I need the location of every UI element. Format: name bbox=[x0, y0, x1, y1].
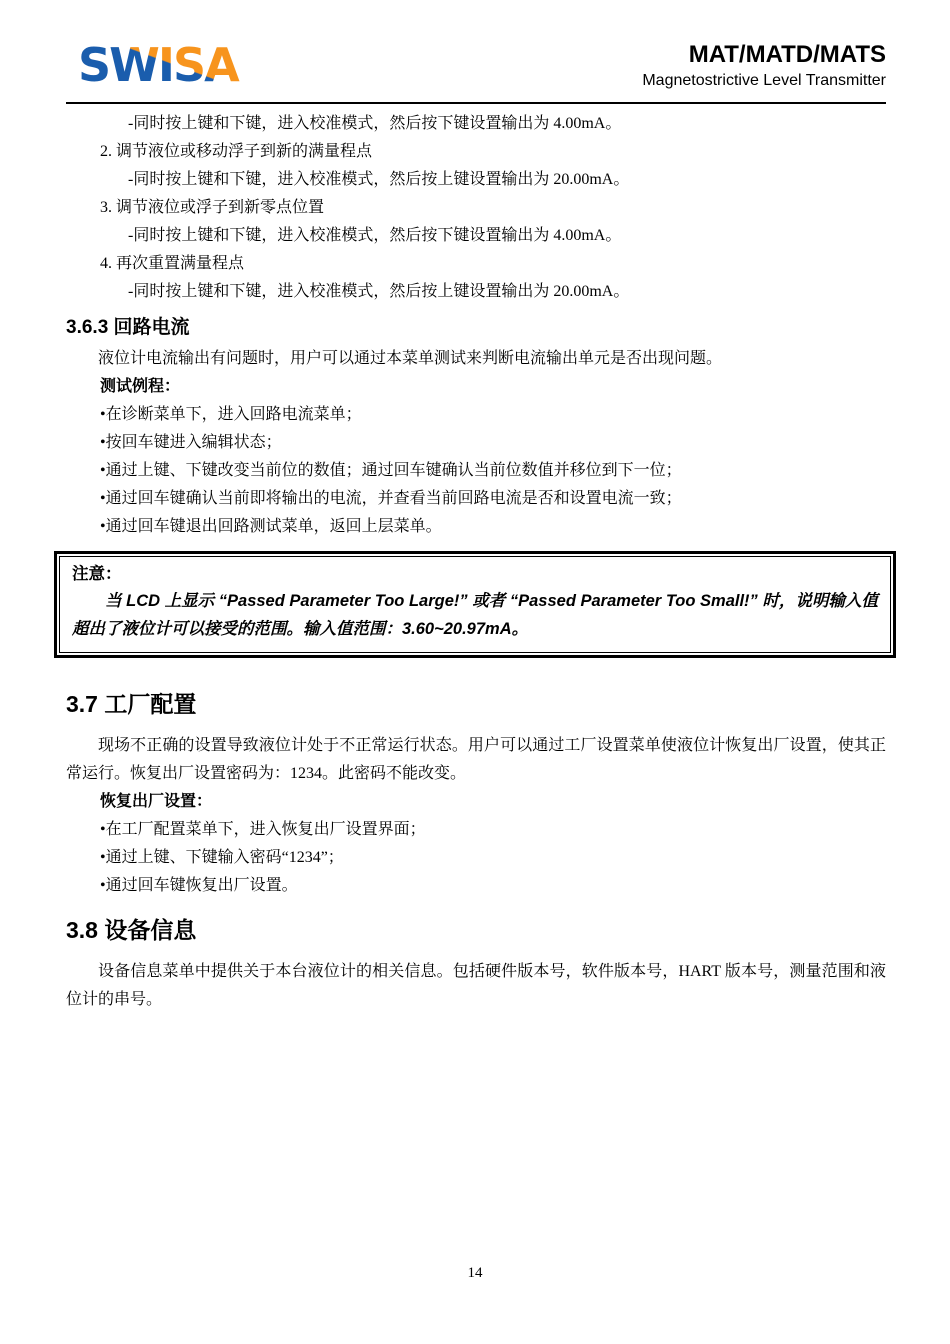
page-header: SWISA MAT/MATD/MATS Magnetostrictive Lev… bbox=[66, 40, 886, 104]
document-page: SWISA MAT/MATD/MATS Magnetostrictive Lev… bbox=[0, 0, 950, 1344]
note-box: 注意： 当 LCD 上显示 “Passed Parameter Too Larg… bbox=[54, 551, 896, 658]
note-text: 当 LCD 上显示 “Passed Parameter Too Large!” … bbox=[72, 588, 878, 643]
section-heading-3-7: 3.7 工厂配置 bbox=[66, 688, 886, 720]
calibration-step-line: -同时按上键和下键，进入校准模式，然后按下键设置输出为 4.00mA。 bbox=[66, 110, 886, 138]
note-box-inner: 注意： 当 LCD 上显示 “Passed Parameter Too Larg… bbox=[59, 556, 891, 653]
procedure-bullet: •按回车键进入编辑状态； bbox=[66, 429, 886, 457]
procedure-bullet: •通过回车键确认当前即将输出的电流，并查看当前回路电流是否和设置电流一致； bbox=[66, 485, 886, 513]
calibration-step-line: -同时按上键和下键，进入校准模式，然后按上键设置输出为 20.00mA。 bbox=[66, 166, 886, 194]
page-content: -同时按上键和下键，进入校准模式，然后按下键设置输出为 4.00mA。 2. 调… bbox=[66, 110, 886, 1014]
calibration-step-line: 2. 调节液位或移动浮子到新的满量程点 bbox=[66, 138, 886, 166]
calibration-step-line: -同时按上键和下键，进入校准模式，然后按下键设置输出为 4.00mA。 bbox=[66, 222, 886, 250]
calibration-step-line: -同时按上键和下键，进入校准模式，然后按上键设置输出为 20.00mA。 bbox=[66, 278, 886, 306]
restore-bullet: •在工厂配置菜单下，进入恢复出厂设置界面； bbox=[66, 816, 886, 844]
document-title: MAT/MATD/MATS bbox=[642, 41, 886, 70]
swisa-logo: SWISA bbox=[66, 40, 242, 92]
section-3-7-paragraph: 现场不正确的设置导致液位计处于不正常运行状态。用户可以通过工厂设置菜单使液位计恢… bbox=[66, 732, 886, 788]
section-heading-3-6-3: 3.6.3 回路电流 bbox=[66, 314, 886, 343]
procedure-bullet: •在诊断菜单下，进入回路电流菜单； bbox=[66, 401, 886, 429]
page-number: 14 bbox=[0, 1260, 950, 1286]
restore-bullet: •通过上键、下键输入密码“1234”； bbox=[66, 844, 886, 872]
section-3-6-3-intro: 液位计电流输出有问题时，用户可以通过本菜单测试来判断电流输出单元是否出现问题。 bbox=[66, 345, 886, 373]
restore-bullet: •通过回车键恢复出厂设置。 bbox=[66, 872, 886, 900]
section-heading-3-8: 3.8 设备信息 bbox=[66, 914, 886, 946]
note-label: 注意： bbox=[72, 561, 878, 589]
document-subtitle: Magnetostrictive Level Transmitter bbox=[642, 70, 886, 92]
procedure-bullet: •通过上键、下键改变当前位的数值；通过回车键确认当前位数值并移位到下一位； bbox=[66, 457, 886, 485]
procedure-label: 测试例程： bbox=[66, 373, 886, 401]
calibration-step-line: 4. 再次重置满量程点 bbox=[66, 250, 886, 278]
restore-label: 恢复出厂设置： bbox=[66, 788, 886, 816]
header-title-block: MAT/MATD/MATS Magnetostrictive Level Tra… bbox=[642, 41, 886, 92]
procedure-bullet: •通过回车键退出回路测试菜单，返回上层菜单。 bbox=[66, 513, 886, 541]
calibration-step-line: 3. 调节液位或浮子到新零点位置 bbox=[66, 194, 886, 222]
section-3-8-paragraph: 设备信息菜单中提供关于本台液位计的相关信息。包括硬件版本号，软件版本号，HART… bbox=[66, 958, 886, 1014]
